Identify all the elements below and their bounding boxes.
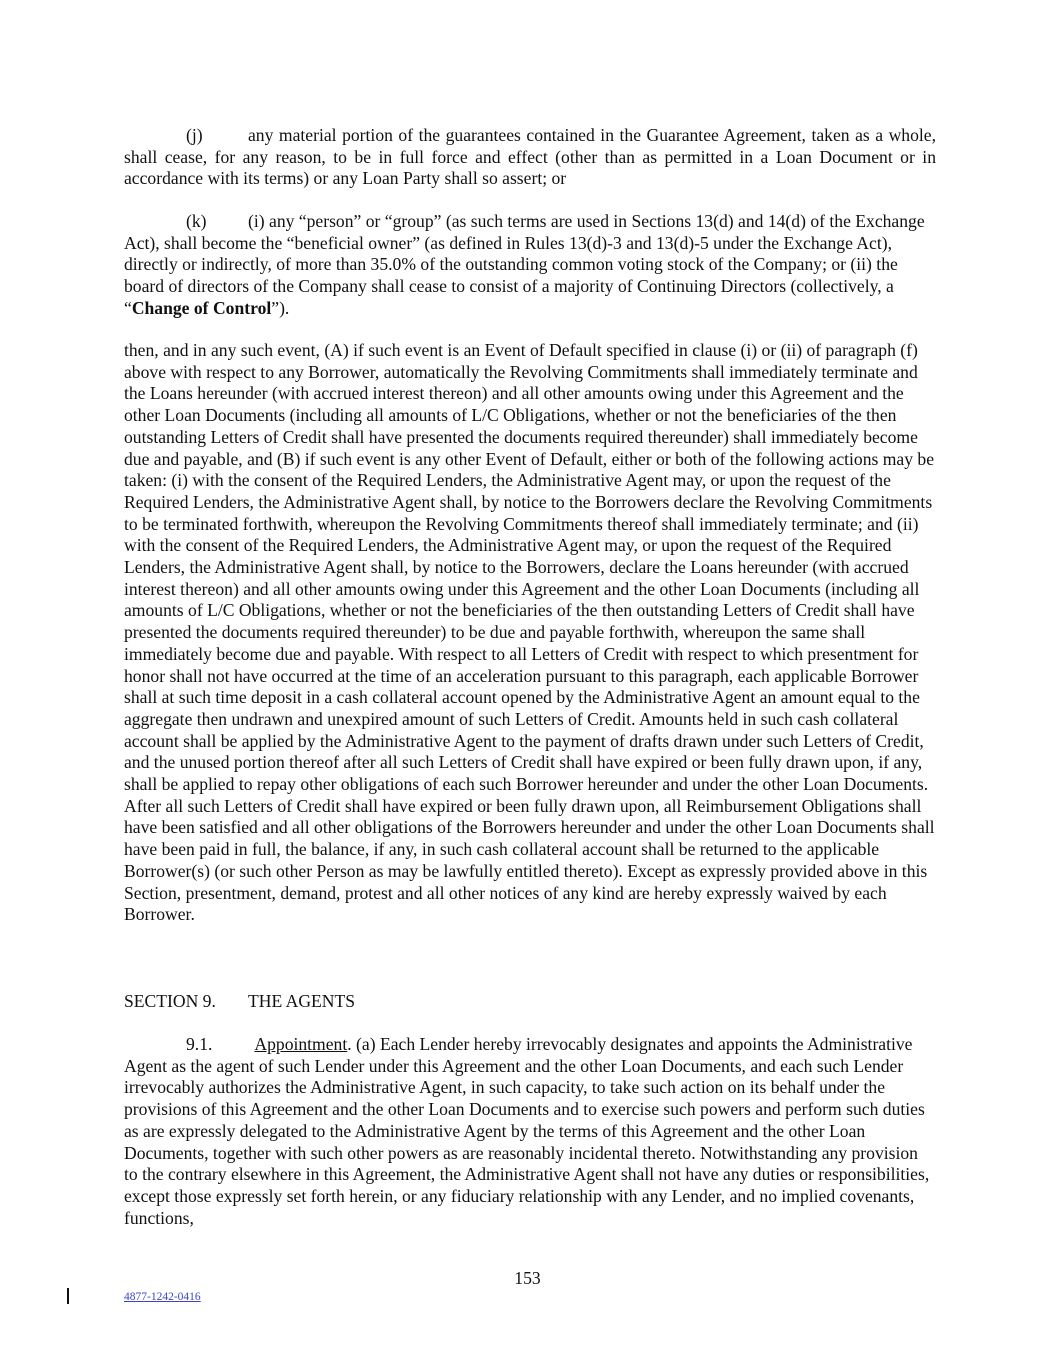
section-title: THE AGENTS <box>248 991 355 1011</box>
clause-label-j: (j) <box>186 125 248 147</box>
change-bar <box>67 1288 69 1304</box>
subsection-text: . (a) Each Lender hereby irrevocably des… <box>124 1034 929 1228</box>
paragraph-j: (j)any material portion of the guarantee… <box>124 125 936 190</box>
document-page: (j)any material portion of the guarantee… <box>0 0 1055 1365</box>
subsection-number: 9.1. <box>186 1034 212 1054</box>
clause-text-k-end: ”). <box>271 298 289 318</box>
subsection-9-1: 9.1.Appointment. (a) Each Lender hereby … <box>124 1034 936 1229</box>
document-id-link[interactable]: 4877-1242-0416 <box>124 1290 201 1304</box>
clause-label-k: (k) <box>186 211 248 233</box>
paragraph-k: (k)(i) any “person” or “group” (as such … <box>124 211 936 320</box>
section-heading: SECTION 9.THE AGENTS <box>124 991 936 1013</box>
page-number: 153 <box>0 1268 1055 1290</box>
paragraph-remedies: then, and in any such event, (A) if such… <box>124 340 936 926</box>
section-number: SECTION 9. <box>124 991 248 1013</box>
defined-term-change-of-control: Change of Control <box>132 298 271 318</box>
subsection-heading: Appointment <box>212 1034 347 1054</box>
remedies-text: then, and in any such event, (A) if such… <box>124 340 936 926</box>
